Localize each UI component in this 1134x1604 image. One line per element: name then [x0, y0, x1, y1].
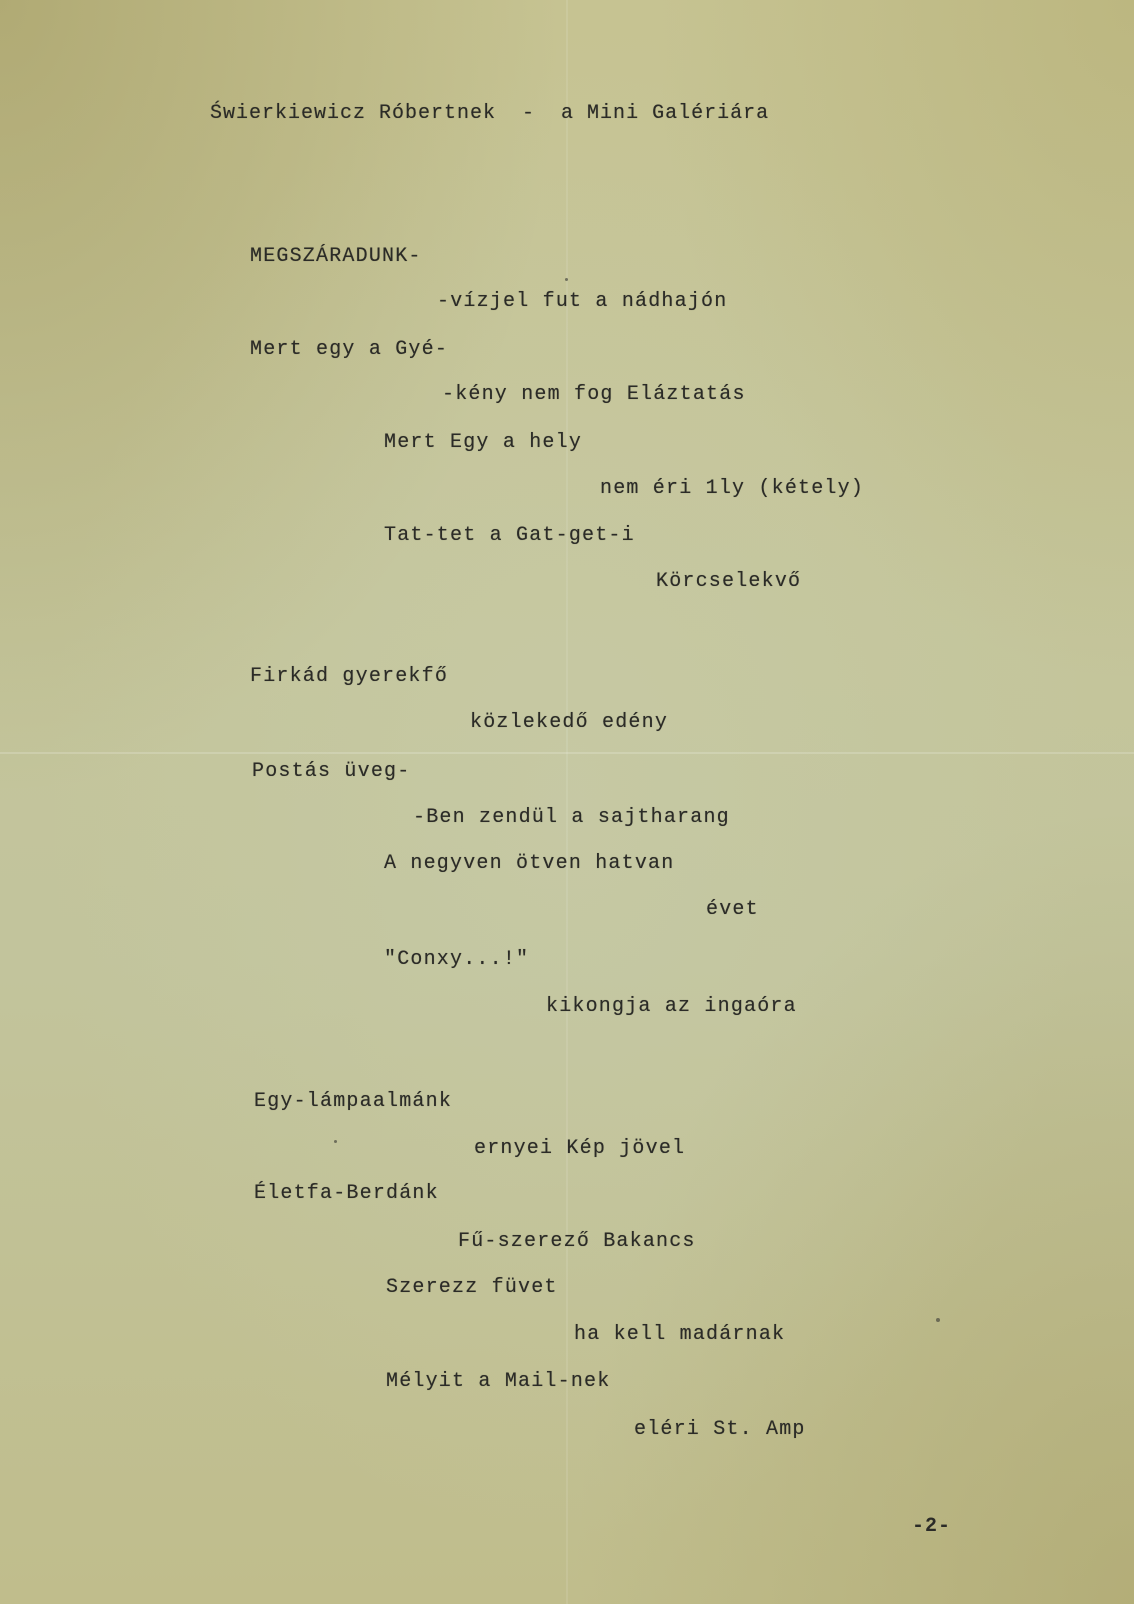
poem-line: Mélyit a Mail-nek: [386, 1370, 610, 1394]
poem-line: évet: [706, 898, 759, 922]
poem-line: A negyven ötven hatvan: [384, 852, 674, 876]
paper-speck: [936, 1318, 940, 1322]
poem-line: Tat-tet a Gat-get-i: [384, 524, 635, 548]
poem-line: Mert egy a Gyé-: [250, 338, 448, 362]
poem-line: Egy-lámpaalmánk: [254, 1090, 452, 1114]
poem-line: kikongja az ingaóra: [546, 995, 797, 1019]
dedication-heading: Świerkiewicz Róbertnek - a Mini Galériár…: [210, 102, 769, 126]
poem-line: "Conxy...!": [384, 948, 529, 972]
poem-line: Fű-szerező Bakancs: [458, 1230, 696, 1254]
poem-line: ernyei Kép jövel: [474, 1137, 685, 1161]
page-number: -2-: [912, 1515, 951, 1538]
paper-speck: [334, 1140, 337, 1143]
poem-line: eléri St. Amp: [634, 1418, 806, 1442]
poem-line: közlekedő edény: [470, 711, 668, 735]
poem-line: -kény nem fog Eláztatás: [442, 383, 746, 407]
poem-line: Postás üveg-: [252, 760, 410, 784]
poem-line: Életfa-Berdánk: [254, 1182, 439, 1206]
poem-line: Körcselekvő: [656, 570, 801, 594]
poem-line: -vízjel fut a nádhajón: [437, 290, 727, 314]
paper-speck: [565, 278, 568, 281]
poem-line: nem éri 1ly (kétely): [600, 477, 864, 501]
poem-line: MEGSZÁRADUNK-: [250, 245, 422, 269]
poem-line: -Ben zendül a sajtharang: [413, 806, 730, 830]
poem-line: ha kell madárnak: [574, 1323, 785, 1347]
poem-line: Szerezz füvet: [386, 1276, 558, 1300]
poem-line: Mert Egy a hely: [384, 431, 582, 455]
poem-line: Firkád gyerekfő: [250, 665, 448, 689]
paper-fold-line: [566, 0, 568, 1604]
